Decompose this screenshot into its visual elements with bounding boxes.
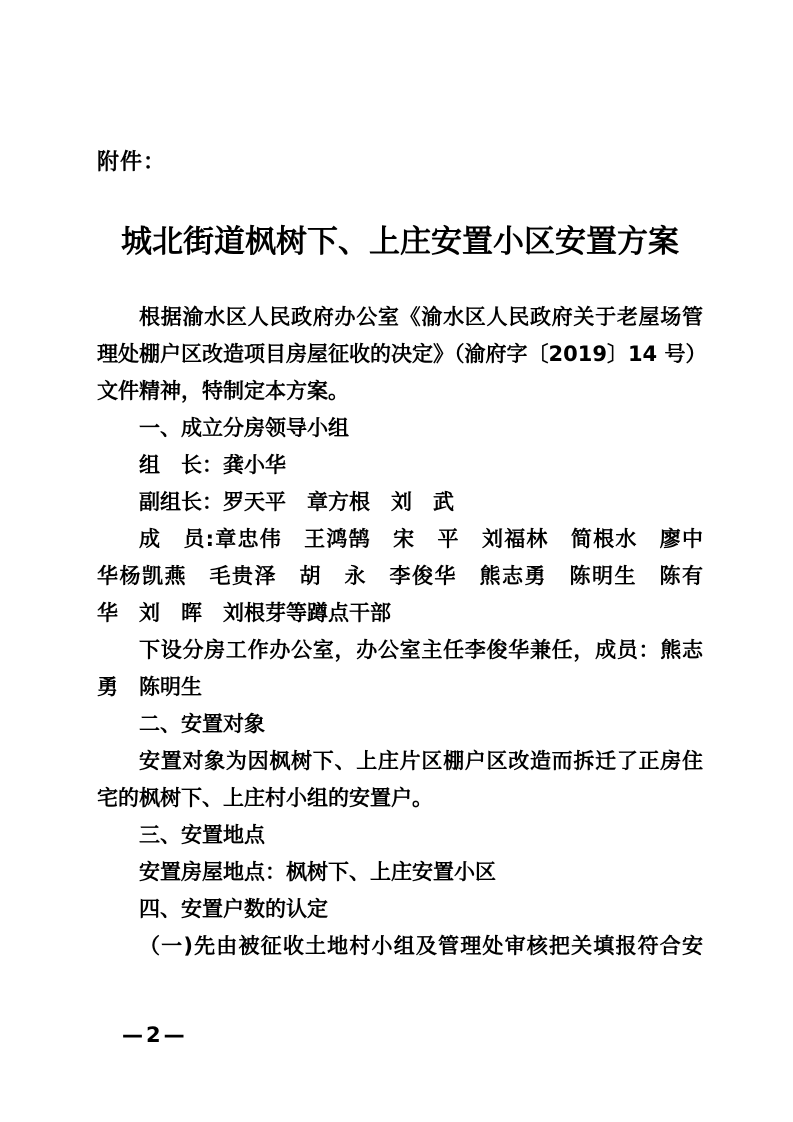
document-page: 附件： 城北街道枫树下、上庄安置小区安置方案 根据渝水区人民政府办公室《渝水区人… [0, 0, 793, 1122]
document-line: （一)先由被征收土地村小组及管理处审核把关填报符合安 [97, 928, 703, 965]
document-line: 成 员:章忠伟 王鸿鹄 宋 平 刘福林 简根水 廖中 [97, 521, 703, 558]
document-line: 宅的枫树下、上庄村小组的安置户。 [97, 780, 703, 817]
document-line: 华 刘 晖 刘根芽等蹲点干部 [97, 595, 703, 632]
document-line: 组 长：龚小华 [97, 447, 703, 484]
document-title: 城北街道枫树下、上庄安置小区安置方案 [97, 216, 703, 261]
document-line: 文件精神，特制定本方案。 [97, 373, 703, 410]
document-body: 根据渝水区人民政府办公室《渝水区人民政府关于老屋场管理处棚户区改造项目房屋征收的… [97, 299, 703, 965]
attachment-label: 附件： [97, 145, 166, 176]
document-line: 勇 陈明生 [97, 669, 703, 706]
document-line: 安置房屋地点：枫树下、上庄安置小区 [97, 854, 703, 891]
document-line: 安置对象为因枫树下、上庄片区棚户区改造而拆迁了正房住 [97, 743, 703, 780]
document-line: 三、安置地点 [97, 817, 703, 854]
document-line: 四、安置户数的认定 [97, 891, 703, 928]
document-line: 一、成立分房领导小组 [97, 410, 703, 447]
document-line: 下设分房工作办公室，办公室主任李俊华兼任，成员：熊志 [97, 632, 703, 669]
page-number: —2— [122, 1023, 188, 1047]
document-line: 理处棚户区改造项目房屋征收的决定》（渝府字〔2019〕14 号） [97, 336, 703, 373]
document-line: 根据渝水区人民政府办公室《渝水区人民政府关于老屋场管 [97, 299, 703, 336]
document-line: 二、安置对象 [97, 706, 703, 743]
document-line: 华杨凯燕 毛贵泽 胡 永 李俊华 熊志勇 陈明生 陈有 [97, 558, 703, 595]
document-line: 副组长：罗天平 章方根 刘 武 [97, 484, 703, 521]
